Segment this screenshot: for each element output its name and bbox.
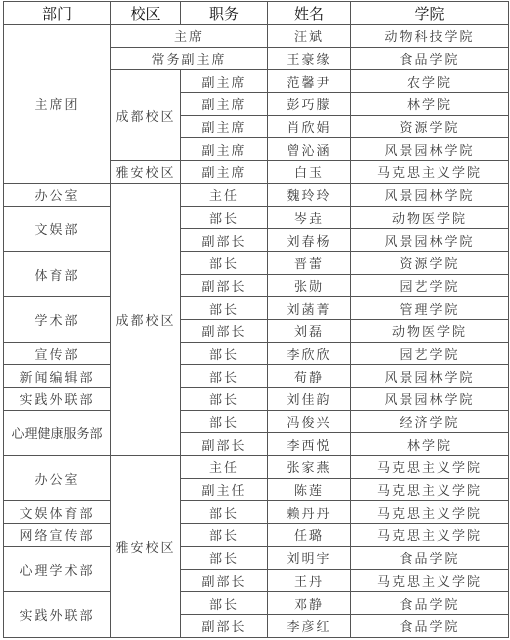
name-cell: 刘磊 [268, 319, 351, 342]
college-cell: 食品学院 [351, 614, 509, 637]
name-cell: 张家燕 [268, 456, 351, 479]
role-cell: 副主席 [181, 93, 268, 116]
college-cell: 资源学院 [351, 115, 509, 138]
header-row: 部门 校区 职务 姓名 学院 [4, 2, 509, 25]
name-cell: 任璐 [268, 524, 351, 547]
college-cell: 林学院 [351, 433, 509, 456]
header-role: 职务 [181, 2, 268, 25]
role-cell: 副主席 [181, 138, 268, 161]
college-cell: 风景园林学院 [351, 138, 509, 161]
table-row: 新闻编辑部 部长 荀静 风景园林学院 [4, 365, 509, 388]
college-cell: 林学院 [351, 93, 509, 116]
dept-cell: 文娱部 [4, 206, 111, 251]
role-cell: 部长 [181, 388, 268, 411]
dept-cell: 实践外联部 [4, 592, 111, 637]
table-row: 心理学术部 部长 刘明宇 食品学院 [4, 546, 509, 569]
college-cell: 动物医学院 [351, 319, 509, 342]
name-cell: 王豪缘 [268, 47, 351, 70]
role-cell: 主任 [181, 456, 268, 479]
name-cell: 晋蕾 [268, 251, 351, 274]
college-cell: 食品学院 [351, 47, 509, 70]
name-cell: 白玉 [268, 161, 351, 184]
name-cell: 刘佳韵 [268, 388, 351, 411]
dept-cell: 新闻编辑部 [4, 365, 111, 388]
college-cell: 风景园林学院 [351, 388, 509, 411]
college-cell: 食品学院 [351, 592, 509, 615]
table-row: 实践外联部 部长 邓静 食品学院 [4, 592, 509, 615]
table-row: 体育部 部长 晋蕾 资源学院 [4, 251, 509, 274]
name-cell: 汪斌 [268, 25, 351, 48]
name-cell: 刘春杨 [268, 229, 351, 252]
dept-cell: 实践外联部 [4, 388, 111, 411]
college-cell: 动物医学院 [351, 206, 509, 229]
college-cell: 动物科技学院 [351, 25, 509, 48]
college-cell: 农学院 [351, 70, 509, 93]
role-cell: 部长 [181, 524, 268, 547]
college-cell: 风景园林学院 [351, 365, 509, 388]
role-cell: 常务副主席 [111, 47, 268, 70]
role-cell: 副部长 [181, 569, 268, 592]
role-cell: 部长 [181, 410, 268, 433]
name-cell: 陈莲 [268, 478, 351, 501]
role-cell: 副部长 [181, 274, 268, 297]
table-row: 网络宣传部 部长 任璐 马克思主义学院 [4, 524, 509, 547]
role-cell: 副主席 [181, 70, 268, 93]
name-cell: 王丹 [268, 569, 351, 592]
campus-cell: 雅安校区 [111, 456, 181, 638]
campus-cell: 成都校区 [111, 183, 181, 455]
role-cell: 副主席 [181, 115, 268, 138]
table-row: 主席团 主席 汪斌 动物科技学院 [4, 25, 509, 48]
name-cell: 李欣欣 [268, 342, 351, 365]
college-cell: 马克思主义学院 [351, 161, 509, 184]
dept-cell: 网络宣传部 [4, 524, 111, 547]
role-cell: 主席 [111, 25, 268, 48]
name-cell: 刘菡菁 [268, 297, 351, 320]
name-cell: 肖欣娟 [268, 115, 351, 138]
college-cell: 马克思主义学院 [351, 501, 509, 524]
role-cell: 副主任 [181, 478, 268, 501]
header-college: 学院 [351, 2, 509, 25]
header-name: 姓名 [268, 2, 351, 25]
college-cell: 食品学院 [351, 546, 509, 569]
name-cell: 李西悦 [268, 433, 351, 456]
role-cell: 副部长 [181, 319, 268, 342]
role-cell: 部长 [181, 206, 268, 229]
college-cell: 经济学院 [351, 410, 509, 433]
dept-cell: 心理学术部 [4, 546, 111, 591]
college-cell: 资源学院 [351, 251, 509, 274]
dept-cell: 心理健康服务部 [4, 410, 111, 455]
college-cell: 管理学院 [351, 297, 509, 320]
role-cell: 部长 [181, 501, 268, 524]
college-cell: 风景园林学院 [351, 229, 509, 252]
name-cell: 范馨尹 [268, 70, 351, 93]
role-cell: 部长 [181, 342, 268, 365]
role-cell: 副主席 [181, 161, 268, 184]
header-dept: 部门 [4, 2, 111, 25]
role-cell: 主任 [181, 183, 268, 206]
college-cell: 风景园林学院 [351, 183, 509, 206]
name-cell: 岑垚 [268, 206, 351, 229]
role-cell: 部长 [181, 546, 268, 569]
college-cell: 园艺学院 [351, 342, 509, 365]
name-cell: 张勋 [268, 274, 351, 297]
role-cell: 部长 [181, 365, 268, 388]
table-row: 文娱体育部 部长 赖丹丹 马克思主义学院 [4, 501, 509, 524]
college-cell: 马克思主义学院 [351, 456, 509, 479]
name-cell: 赖丹丹 [268, 501, 351, 524]
name-cell: 魏玲玲 [268, 183, 351, 206]
role-cell: 部长 [181, 592, 268, 615]
header-campus: 校区 [111, 2, 181, 25]
role-cell: 副部长 [181, 229, 268, 252]
name-cell: 刘明宇 [268, 546, 351, 569]
name-cell: 彭巧朦 [268, 93, 351, 116]
table-row: 学术部 部长 刘菡菁 管理学院 [4, 297, 509, 320]
dept-cell: 主席团 [4, 25, 111, 184]
dept-cell: 办公室 [4, 183, 111, 206]
role-cell: 部长 [181, 251, 268, 274]
dept-cell: 体育部 [4, 251, 111, 296]
name-cell: 冯俊兴 [268, 410, 351, 433]
role-cell: 部长 [181, 297, 268, 320]
name-cell: 邓静 [268, 592, 351, 615]
college-cell: 马克思主义学院 [351, 569, 509, 592]
name-cell: 李彦红 [268, 614, 351, 637]
campus-cell: 成都校区 [111, 70, 181, 161]
table-row: 宣传部 部长 李欣欣 园艺学院 [4, 342, 509, 365]
student-union-roster-table: 部门 校区 职务 姓名 学院 主席团 主席 汪斌 动物科技学院 常务副主席 王豪… [3, 1, 509, 638]
table-row: 文娱部 部长 岑垚 动物医学院 [4, 206, 509, 229]
role-cell: 副部长 [181, 433, 268, 456]
table-row: 办公室 成都校区 主任 魏玲玲 风景园林学院 [4, 183, 509, 206]
name-cell: 曾沁涵 [268, 138, 351, 161]
dept-cell: 文娱体育部 [4, 501, 111, 524]
table-row: 办公室 雅安校区 主任 张家燕 马克思主义学院 [4, 456, 509, 479]
campus-cell: 雅安校区 [111, 161, 181, 184]
dept-cell: 办公室 [4, 456, 111, 501]
name-cell: 荀静 [268, 365, 351, 388]
dept-cell: 学术部 [4, 297, 111, 342]
table-row: 心理健康服务部 部长 冯俊兴 经济学院 [4, 410, 509, 433]
dept-cell: 宣传部 [4, 342, 111, 365]
role-cell: 副部长 [181, 614, 268, 637]
college-cell: 园艺学院 [351, 274, 509, 297]
college-cell: 马克思主义学院 [351, 478, 509, 501]
table-row: 实践外联部 部长 刘佳韵 风景园林学院 [4, 388, 509, 411]
college-cell: 马克思主义学院 [351, 524, 509, 547]
